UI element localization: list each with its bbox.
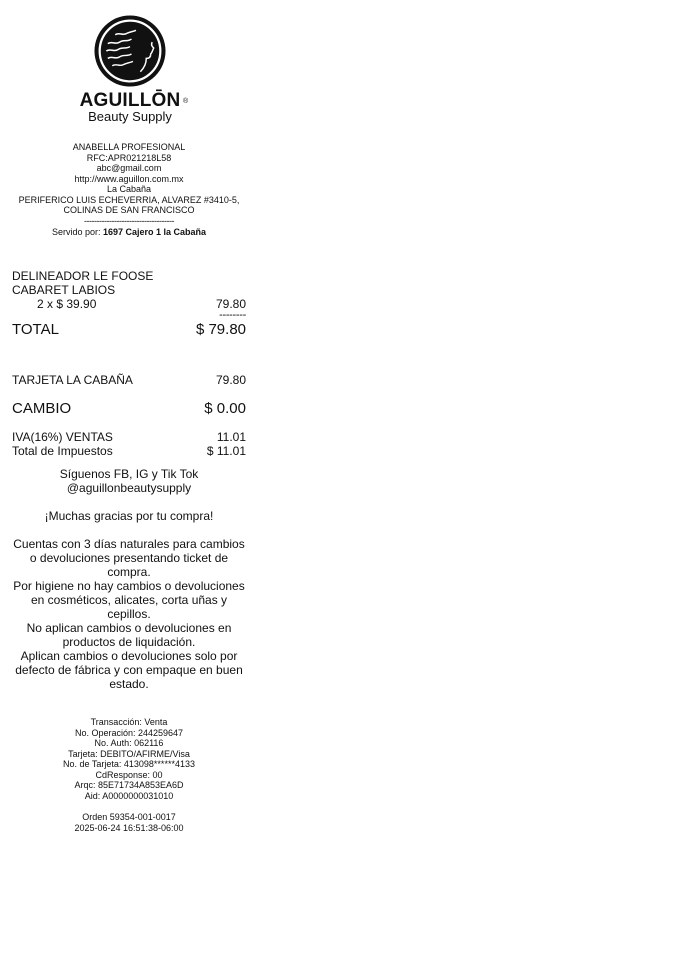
total-tax-row: Total de Impuestos $ 11.01 xyxy=(12,444,246,458)
brand-subtitle: Beauty Supply xyxy=(88,110,172,124)
payment-method-value: 79.80 xyxy=(216,373,246,387)
policy-line: cepillos. xyxy=(12,607,246,621)
brand-name-text: AGUILLŌN xyxy=(80,90,181,111)
policy-line: compra. xyxy=(12,565,246,579)
store-address-line2: COLINAS DE SAN FRANCISCO xyxy=(12,205,246,216)
policy-line: productos de liquidación. xyxy=(12,635,246,649)
total-tax-value: $ 11.01 xyxy=(207,444,246,458)
policy-line: Por higiene no hay cambios o devolucione… xyxy=(12,579,246,593)
order-info: Orden 59354-001-0017 2025-06-24 16:51:38… xyxy=(12,812,246,833)
cd-response: CdResponse: 00 xyxy=(12,770,246,781)
payment-method-label: TARJETA LA CABAÑA xyxy=(12,373,133,387)
item-qty-row: 2 x $ 39.90 79.80 xyxy=(12,297,246,311)
iva-label: IVA(16%) VENTAS xyxy=(12,430,113,444)
arqc: Arqc: 85E71734A853EA6D xyxy=(12,780,246,791)
item-qty-price: 2 x $ 39.90 xyxy=(12,297,96,311)
total-label: TOTAL xyxy=(12,321,59,339)
total-value: $ 79.80 xyxy=(196,321,246,339)
order-datetime: 2025-06-24 16:51:38-06:00 xyxy=(12,823,246,834)
policy-line: defecto de fábrica y con empaque en buen xyxy=(12,663,246,677)
served-by-label: Servido por: xyxy=(52,227,101,237)
change-value: $ 0.00 xyxy=(204,400,246,418)
business-name: ANABELLA PROFESIONAL xyxy=(12,142,246,153)
total-row: TOTAL $ 79.80 xyxy=(12,321,246,339)
transaction-details: Transacción: Venta No. Operación: 244259… xyxy=(12,717,246,801)
total-tax-label: Total de Impuestos xyxy=(12,444,113,458)
order-number: Orden 59354-001-0017 xyxy=(12,812,246,823)
social-handle: @aguillonbeautysupply xyxy=(12,481,246,495)
change-row: CAMBIO $ 0.00 xyxy=(12,400,246,418)
thanks-message: ¡Muchas gracias por tu compra! xyxy=(12,509,246,523)
policy-line: estado. xyxy=(12,677,246,691)
receipt: AGUILLŌN® Beauty Supply ANABELLA PROFESI… xyxy=(12,14,246,833)
store-email: abc@gmail.com xyxy=(12,163,246,174)
brand-logo: AGUILLŌN® Beauty Supply xyxy=(14,14,246,124)
iva-value: 11.01 xyxy=(217,430,246,444)
header-separator: ------------------------------------ xyxy=(12,216,246,227)
return-policy: Cuentas con 3 días naturales para cambio… xyxy=(12,537,246,691)
social-block: Síguenos FB, IG y Tik Tok @aguillonbeaut… xyxy=(12,467,246,495)
item-name-line2: CABARET LABIOS xyxy=(12,283,246,297)
policy-line: Aplican cambios o devoluciones solo por xyxy=(12,649,246,663)
social-line1: Síguenos FB, IG y Tik Tok xyxy=(12,467,246,481)
brand-name: AGUILLŌN® xyxy=(80,92,181,110)
payment-row: TARJETA LA CABAÑA 79.80 xyxy=(12,373,246,387)
store-address-line1: PERIFERICO LUIS ECHEVERRIA, ALVAREZ #341… xyxy=(12,195,246,206)
tax-section: IVA(16%) VENTAS 11.01 Total de Impuestos… xyxy=(12,430,246,458)
auth-number: No. Auth: 062116 xyxy=(12,738,246,749)
served-by-cashier: 1697 Cajero 1 la Cabaña xyxy=(103,227,206,237)
card-number: No. de Tarjeta: 413098******4133 xyxy=(12,759,246,770)
served-by: Servido por: 1697 Cajero 1 la Cabaña xyxy=(12,227,246,238)
policy-line: No aplican cambios o devoluciones en xyxy=(12,621,246,635)
item-list: DELINEADOR LE FOOSE CABARET LABIOS 2 x $… xyxy=(12,269,246,339)
woman-profile-circle-logo-icon xyxy=(93,14,167,88)
transaction-type: Transacción: Venta xyxy=(12,717,246,728)
policy-line: en cosméticos, alicates, corta uñas y xyxy=(12,593,246,607)
policy-line: Cuentas con 3 días naturales para cambio… xyxy=(12,537,246,551)
store-website: http://www.aguillon.com.mx xyxy=(12,174,246,185)
change-label: CAMBIO xyxy=(12,400,71,418)
store-branch: La Cabaña xyxy=(12,184,246,195)
item-name-line1: DELINEADOR LE FOOSE xyxy=(12,269,246,283)
policy-line: o devoluciones presentando ticket de xyxy=(12,551,246,565)
card-type: Tarjeta: DEBITO/AFIRME/Visa xyxy=(12,749,246,760)
total-separator: -------- xyxy=(12,311,246,320)
rfc: RFC:APR021218L58 xyxy=(12,153,246,164)
aid: Aid: A0000000031010 xyxy=(12,791,246,802)
store-header: ANABELLA PROFESIONAL RFC:APR021218L58 ab… xyxy=(12,142,246,226)
line-item: DELINEADOR LE FOOSE CABARET LABIOS 2 x $… xyxy=(12,269,246,311)
registered-mark: ® xyxy=(183,93,188,111)
iva-row: IVA(16%) VENTAS 11.01 xyxy=(12,430,246,444)
operation-number: No. Operación: 244259647 xyxy=(12,728,246,739)
